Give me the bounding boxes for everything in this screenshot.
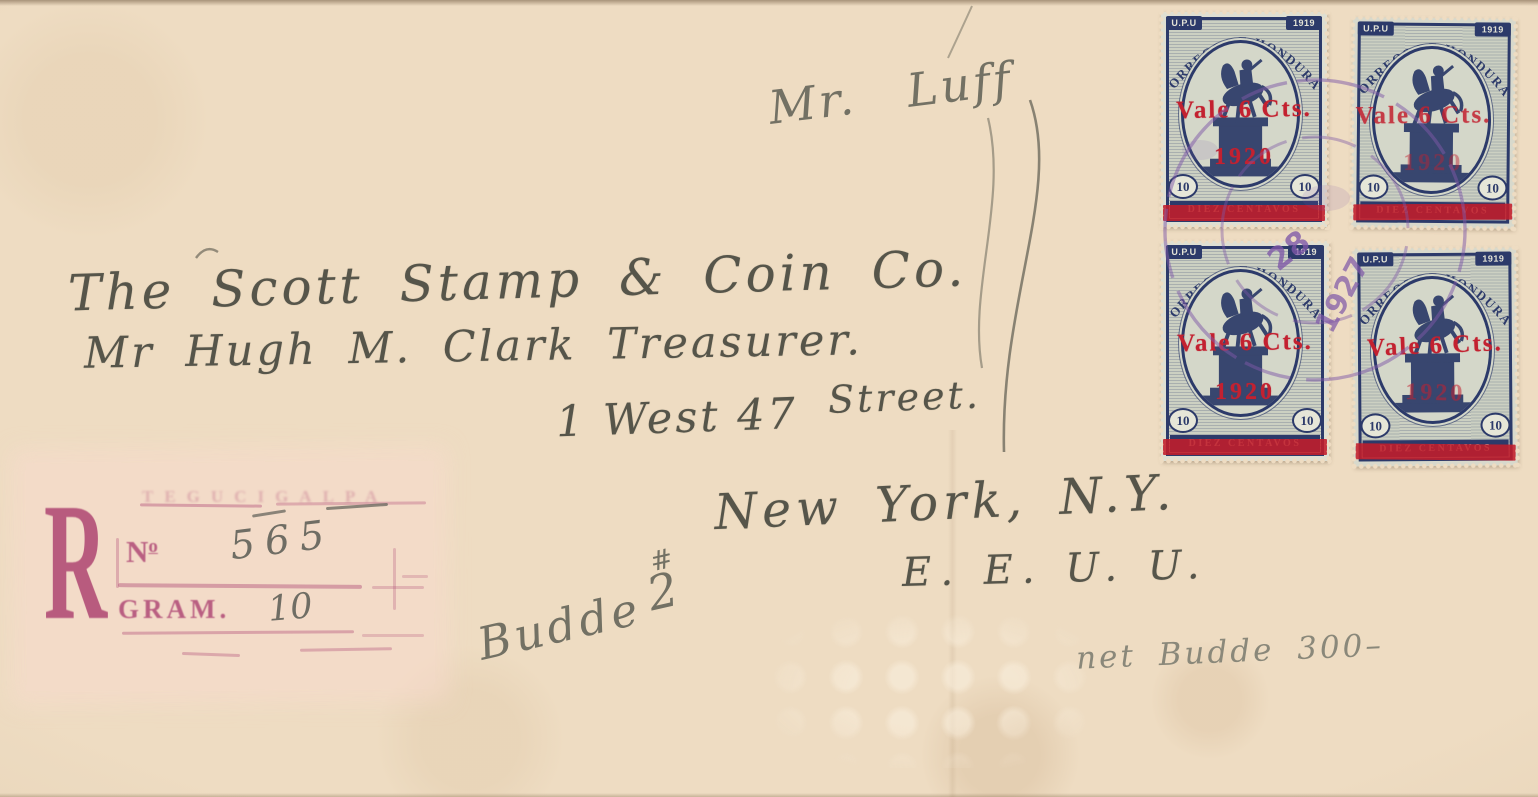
moisture-spots bbox=[762, 608, 1107, 768]
registration-gram-label: GRAM. bbox=[118, 594, 230, 625]
registration-no-label: No bbox=[126, 534, 158, 570]
postage-stamp: U.P.U 1919 CORREOS DE HONDURAS bbox=[1352, 247, 1518, 466]
pencil-note-top: Mr. Luff bbox=[766, 51, 1016, 135]
overprint-vale: Vale 6 Cts. bbox=[1161, 328, 1329, 359]
stamp-value-left: 10 bbox=[1360, 413, 1390, 438]
overprint-vale: Vale 6 Cts. bbox=[1342, 101, 1505, 130]
registration-number-pencil: 565 bbox=[228, 512, 337, 569]
handstamp-rule bbox=[122, 630, 354, 635]
overprint-year: 1920 bbox=[1353, 378, 1518, 410]
overprint-red-bar bbox=[1163, 205, 1325, 221]
overprint-vale: Vale 6 Cts. bbox=[1161, 95, 1327, 126]
ink-smear bbox=[182, 652, 240, 657]
pencil-tick bbox=[252, 509, 286, 517]
address-line-street: 1 West 47 Street. bbox=[555, 383, 982, 448]
stamp-value-right: 10 bbox=[1477, 175, 1507, 200]
ink-smear bbox=[300, 647, 392, 652]
handstamp-rule bbox=[116, 538, 119, 588]
address-line-company: The Scott Stamp & Coin Co. bbox=[67, 239, 967, 322]
overprint-year: 1920 bbox=[1352, 149, 1515, 177]
stamp-value-right: 10 bbox=[1290, 174, 1320, 199]
handstamp-rule bbox=[393, 548, 396, 610]
registration-grams-pencil: 10 bbox=[266, 586, 314, 630]
overprint-red-bar bbox=[1163, 439, 1327, 455]
postage-stamp: U.P.U 1919 CORREOS DE HONDURAS bbox=[1351, 17, 1516, 228]
stamp-top-right: U.P.U 1919 CORREOS DE HONDURAS bbox=[1351, 17, 1516, 228]
registration-r-letter: R bbox=[44, 482, 107, 642]
envelope-scan: Mr. Luff The Scott Stamp & Coin Co. Mr H… bbox=[0, 0, 1538, 797]
stamp-top-left: U.P.U 1919 CORREOS DE HONDURAS bbox=[1161, 12, 1327, 227]
budde-number: 2 bbox=[644, 569, 686, 616]
note-word: Luff bbox=[904, 51, 1016, 118]
handstamp-rule bbox=[362, 634, 424, 637]
street-word: Street. bbox=[827, 373, 981, 422]
dealer-note-budde: Budde#2 bbox=[469, 555, 690, 670]
address-line-attn: Mr Hugh M. Clark Treasurer. bbox=[84, 315, 864, 379]
address-line-country: E. E. U. U. bbox=[901, 542, 1209, 596]
handstamp-rule bbox=[372, 586, 424, 589]
stamp-value-left: 10 bbox=[1168, 408, 1198, 433]
postage-stamp: U.P.U 1919 CORREOS DE HONDURAS bbox=[1161, 241, 1329, 461]
budde-word: Budde bbox=[473, 582, 647, 671]
overprint-red-bar bbox=[1356, 443, 1516, 460]
stamp-value-left: 10 bbox=[1168, 174, 1198, 199]
handstamp-rule bbox=[118, 583, 362, 589]
stamp-value-right: 10 bbox=[1480, 412, 1510, 437]
overprint-year: 1920 bbox=[1161, 144, 1327, 171]
overprint-year: 1920 bbox=[1161, 379, 1329, 406]
handstamp-rule bbox=[402, 575, 428, 578]
address-line-city: New York, N.Y. bbox=[713, 464, 1177, 541]
overprint-red-bar bbox=[1353, 204, 1512, 221]
note-word: Mr. bbox=[766, 70, 860, 134]
stamp-bottom-left: U.P.U 1919 CORREOS DE HONDURAS bbox=[1161, 241, 1329, 461]
stamp-bottom-right: U.P.U 1919 CORREOS DE HONDURAS bbox=[1352, 247, 1518, 466]
postage-stamp: U.P.U 1919 CORREOS DE HONDURAS bbox=[1161, 12, 1327, 227]
dealer-note-net: net Budde 300– bbox=[1075, 627, 1384, 676]
hash-mark: # bbox=[646, 550, 682, 571]
stamp-value-right: 10 bbox=[1292, 408, 1322, 433]
street-number: 1 West 47 bbox=[555, 389, 799, 447]
stamp-value-left: 10 bbox=[1358, 174, 1388, 199]
